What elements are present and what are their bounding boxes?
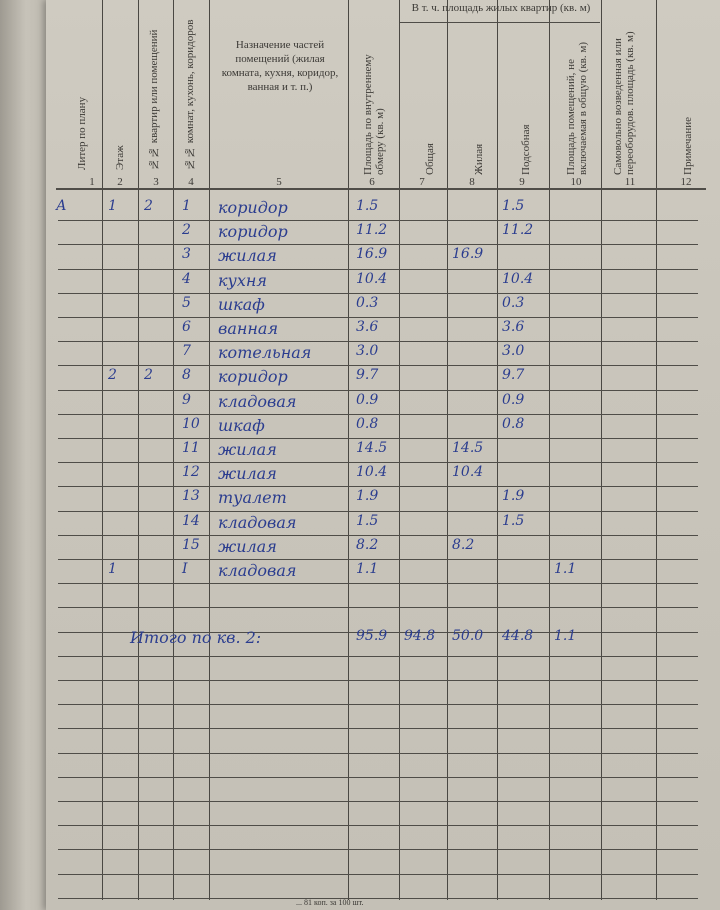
col-number: 4 xyxy=(183,176,199,188)
col-number: 11 xyxy=(620,176,640,188)
header-bottom-rule xyxy=(56,188,706,190)
cell-aux: 0.8 xyxy=(502,416,524,432)
row-rule xyxy=(58,317,698,318)
cell-living: 8.2 xyxy=(452,537,474,553)
col6-header: Площадь по внутреннему обмеру (кв. м) xyxy=(362,40,388,175)
cell-area: 3.0 xyxy=(356,343,378,359)
column-divider xyxy=(549,0,550,900)
col5-header: Назначение частей помещений (жилая комна… xyxy=(216,38,344,94)
cell-floor: 1 xyxy=(108,561,117,577)
column-divider xyxy=(348,0,349,900)
cell-aux: 3.6 xyxy=(502,319,524,335)
row-rule xyxy=(58,511,698,512)
cell-area: 1.5 xyxy=(356,198,378,214)
row-rule xyxy=(58,341,698,342)
cell-room: I xyxy=(182,561,188,577)
row-rule xyxy=(58,244,698,245)
cell-purpose: жилая xyxy=(218,464,277,483)
row-rule xyxy=(58,220,698,221)
cell-room: 14 xyxy=(182,513,200,529)
cell-apt: 2 xyxy=(144,198,153,214)
cell-aux: 11.2 xyxy=(502,222,533,238)
cell-area: 1.5 xyxy=(356,513,378,529)
col11-header: Самовольно возведенная или переоборудов.… xyxy=(612,30,650,175)
row-rule xyxy=(58,874,698,875)
col3-header: №№ квартир или помещений xyxy=(148,5,160,170)
cell-purpose: кладовая xyxy=(218,561,297,580)
cell-room: 6 xyxy=(182,319,191,335)
cell-room: 2 xyxy=(182,222,191,238)
cell-room: 1 xyxy=(182,198,191,214)
col-number: 8 xyxy=(464,176,480,188)
cell-living: 16.9 xyxy=(452,246,483,262)
column-divider xyxy=(656,0,657,900)
col1-header: Литер по плану xyxy=(76,80,88,170)
cell-aux: 1.5 xyxy=(502,513,524,529)
cell-room: 3 xyxy=(182,246,191,262)
cell-room: 12 xyxy=(182,464,200,480)
cell-aux: 3.0 xyxy=(502,343,524,359)
cell-area: 0.9 xyxy=(356,392,378,408)
row-rule xyxy=(58,607,698,608)
col-number: 9 xyxy=(514,176,530,188)
column-divider xyxy=(447,0,448,900)
header-group-rule xyxy=(400,22,600,23)
column-divider xyxy=(138,0,139,900)
cell-area: 14.5 xyxy=(356,440,387,456)
cell-area: 10.4 xyxy=(356,464,387,480)
cell-purpose: кладовая xyxy=(218,513,297,532)
row-rule xyxy=(58,535,698,536)
cell-room: 5 xyxy=(182,295,191,311)
cell-aux: 9.7 xyxy=(502,367,524,383)
col-number: 7 xyxy=(414,176,430,188)
cell-living: 10.4 xyxy=(452,464,483,480)
cell-apt: 2 xyxy=(144,367,153,383)
col4-header: №№ комнат, кухонь, коридоров xyxy=(184,0,196,170)
col-number: 2 xyxy=(112,176,128,188)
cell-excluded: 1.1 xyxy=(554,561,576,577)
cell-purpose: кладовая xyxy=(218,392,297,411)
col10-header: Площадь помещений, не включаемая в общую… xyxy=(565,25,591,175)
cell-area: 0.8 xyxy=(356,416,378,432)
row-rule xyxy=(58,825,698,826)
col-number: 12 xyxy=(676,176,696,188)
cell-aux: 0.3 xyxy=(502,295,524,311)
row-rule xyxy=(58,583,698,584)
cell-area: 3.6 xyxy=(356,319,378,335)
col8-header: Жилая xyxy=(473,140,485,175)
row-rule xyxy=(58,365,698,366)
row-rule xyxy=(58,728,698,729)
cell-purpose: туалет xyxy=(218,488,287,507)
row-rule xyxy=(58,656,698,657)
column-divider xyxy=(399,0,400,900)
col7-header: Общая xyxy=(424,130,436,175)
cell-area: 1.1 xyxy=(356,561,378,577)
cell-room: 8 xyxy=(182,367,191,383)
cell-purpose: коридор xyxy=(218,198,288,217)
row-rule xyxy=(58,462,698,463)
explication-form-sheet: В т. ч. площадь жилых квартир (кв. м) На… xyxy=(46,0,720,910)
col-number: 6 xyxy=(364,176,380,188)
cell-purpose: коридор xyxy=(218,222,288,241)
cell-purpose: котельная xyxy=(218,343,311,362)
total-label: Итого по кв. 2: xyxy=(130,628,261,647)
row-rule xyxy=(58,293,698,294)
cell-area: 9.7 xyxy=(356,367,378,383)
cell-area: 8.2 xyxy=(356,537,378,553)
cell-purpose: жилая xyxy=(218,537,277,556)
cell-floor: 2 xyxy=(108,367,117,383)
header-group-label: В т. ч. площадь жилых квартир (кв. м) xyxy=(406,2,596,14)
cell-area: 16.9 xyxy=(356,246,387,262)
cell-area: 0.3 xyxy=(356,295,378,311)
row-rule xyxy=(58,849,698,850)
total-aux: 44.8 xyxy=(502,628,533,644)
row-rule xyxy=(58,486,698,487)
footer-print-note: ... 81 коп. за 100 шт. xyxy=(296,898,364,907)
total-total: 94.8 xyxy=(404,628,435,644)
total-living: 50.0 xyxy=(452,628,483,644)
row-rule xyxy=(58,898,698,899)
column-divider xyxy=(102,0,103,900)
cell-purpose: шкаф xyxy=(218,295,265,314)
col-number: 1 xyxy=(84,176,100,188)
cell-floor: 1 xyxy=(108,198,117,214)
cell-aux: 10.4 xyxy=(502,271,533,287)
cell-room: 7 xyxy=(182,343,191,359)
column-divider xyxy=(173,0,174,900)
row-rule xyxy=(58,680,698,681)
cell-liter: А xyxy=(56,198,67,214)
col-number: 10 xyxy=(566,176,586,188)
row-rule xyxy=(58,438,698,439)
column-divider xyxy=(497,0,498,900)
cell-room: 10 xyxy=(182,416,200,432)
cell-living: 14.5 xyxy=(452,440,483,456)
cell-room: 11 xyxy=(182,440,200,456)
cell-area: 10.4 xyxy=(356,271,387,287)
row-rule xyxy=(58,753,698,754)
cell-room: 15 xyxy=(182,537,200,553)
cell-purpose: жилая xyxy=(218,440,277,459)
cell-aux: 1.5 xyxy=(502,198,524,214)
row-rule xyxy=(58,269,698,270)
column-divider xyxy=(601,0,602,900)
cell-room: 13 xyxy=(182,488,200,504)
row-rule xyxy=(58,801,698,802)
col2-header: Этаж xyxy=(114,130,126,170)
cell-room: 9 xyxy=(182,392,191,408)
cell-purpose: коридор xyxy=(218,367,288,386)
col-number: 3 xyxy=(148,176,164,188)
cell-purpose: шкаф xyxy=(218,416,265,435)
row-rule xyxy=(58,414,698,415)
column-divider xyxy=(209,0,210,900)
row-rule xyxy=(58,390,698,391)
cell-area: 11.2 xyxy=(356,222,387,238)
col-number: 5 xyxy=(271,176,287,188)
row-rule xyxy=(58,559,698,560)
cell-area: 1.9 xyxy=(356,488,378,504)
cell-aux: 1.9 xyxy=(502,488,524,504)
cell-purpose: жилая xyxy=(218,246,277,265)
col9-header: Подсобная xyxy=(520,120,532,175)
total-area: 95.9 xyxy=(356,628,387,644)
col12-header: Примечание xyxy=(682,110,694,175)
row-rule xyxy=(58,777,698,778)
cell-purpose: ванная xyxy=(218,319,278,338)
cell-aux: 0.9 xyxy=(502,392,524,408)
cell-purpose: кухня xyxy=(218,271,267,290)
total-excluded: 1.1 xyxy=(554,628,576,644)
cell-room: 4 xyxy=(182,271,191,287)
row-rule xyxy=(58,704,698,705)
